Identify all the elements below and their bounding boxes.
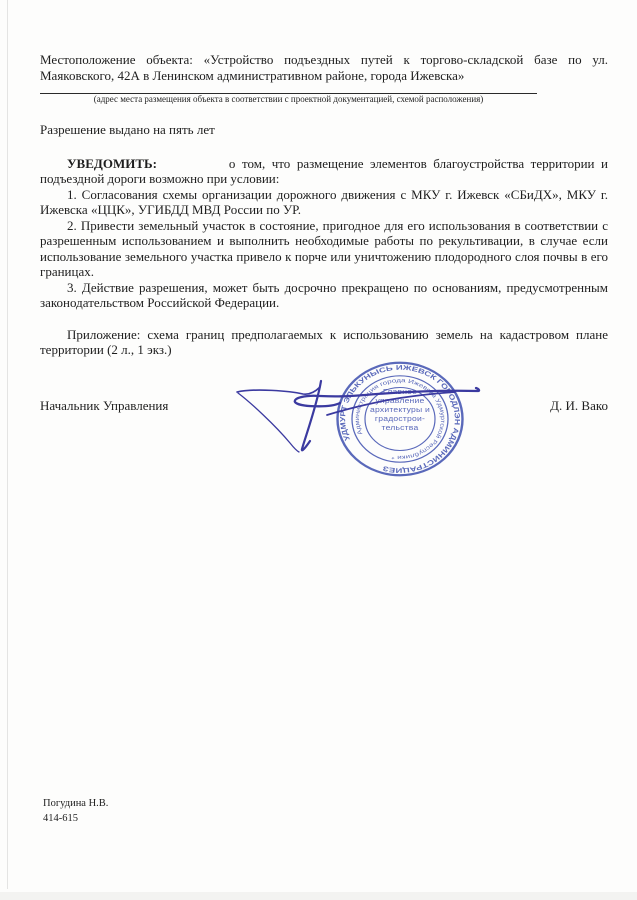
notify-label: УВЕДОМИТЬ: (67, 156, 157, 171)
signer-title: Начальник Управления (40, 398, 168, 414)
location-paragraph: Местоположение объекта: «Устройство подъ… (40, 52, 608, 83)
scan-edge-left (7, 0, 8, 889)
validity-line: Разрешение выдано на пять лет (40, 122, 608, 138)
notify-paragraph: УВЕДОМИТЬ:о том, что размещение элементо… (40, 156, 608, 187)
signer-name: Д. И. Вако (550, 398, 608, 414)
scan-edge-bottom (0, 892, 637, 900)
footer-block: Погудина Н.В. 414-615 (43, 796, 108, 826)
underline-caption: (адрес места размещения объекта в соотве… (40, 94, 537, 105)
executor-phone: 414-615 (43, 811, 108, 826)
condition-item-1: 1. Согласования схемы организации дорожн… (40, 187, 608, 218)
condition-item-2: 2. Привести земельный участок в состояни… (40, 218, 608, 280)
attachment-paragraph: Приложение: схема границ предполагаемых … (40, 327, 608, 358)
condition-item-3: 3. Действие разрешения, может быть досро… (40, 280, 608, 311)
signature-scribble-icon (225, 360, 485, 462)
scanned-document-page: Местоположение объекта: «Устройство подъ… (0, 0, 637, 900)
executor-name: Погудина Н.В. (43, 796, 108, 811)
